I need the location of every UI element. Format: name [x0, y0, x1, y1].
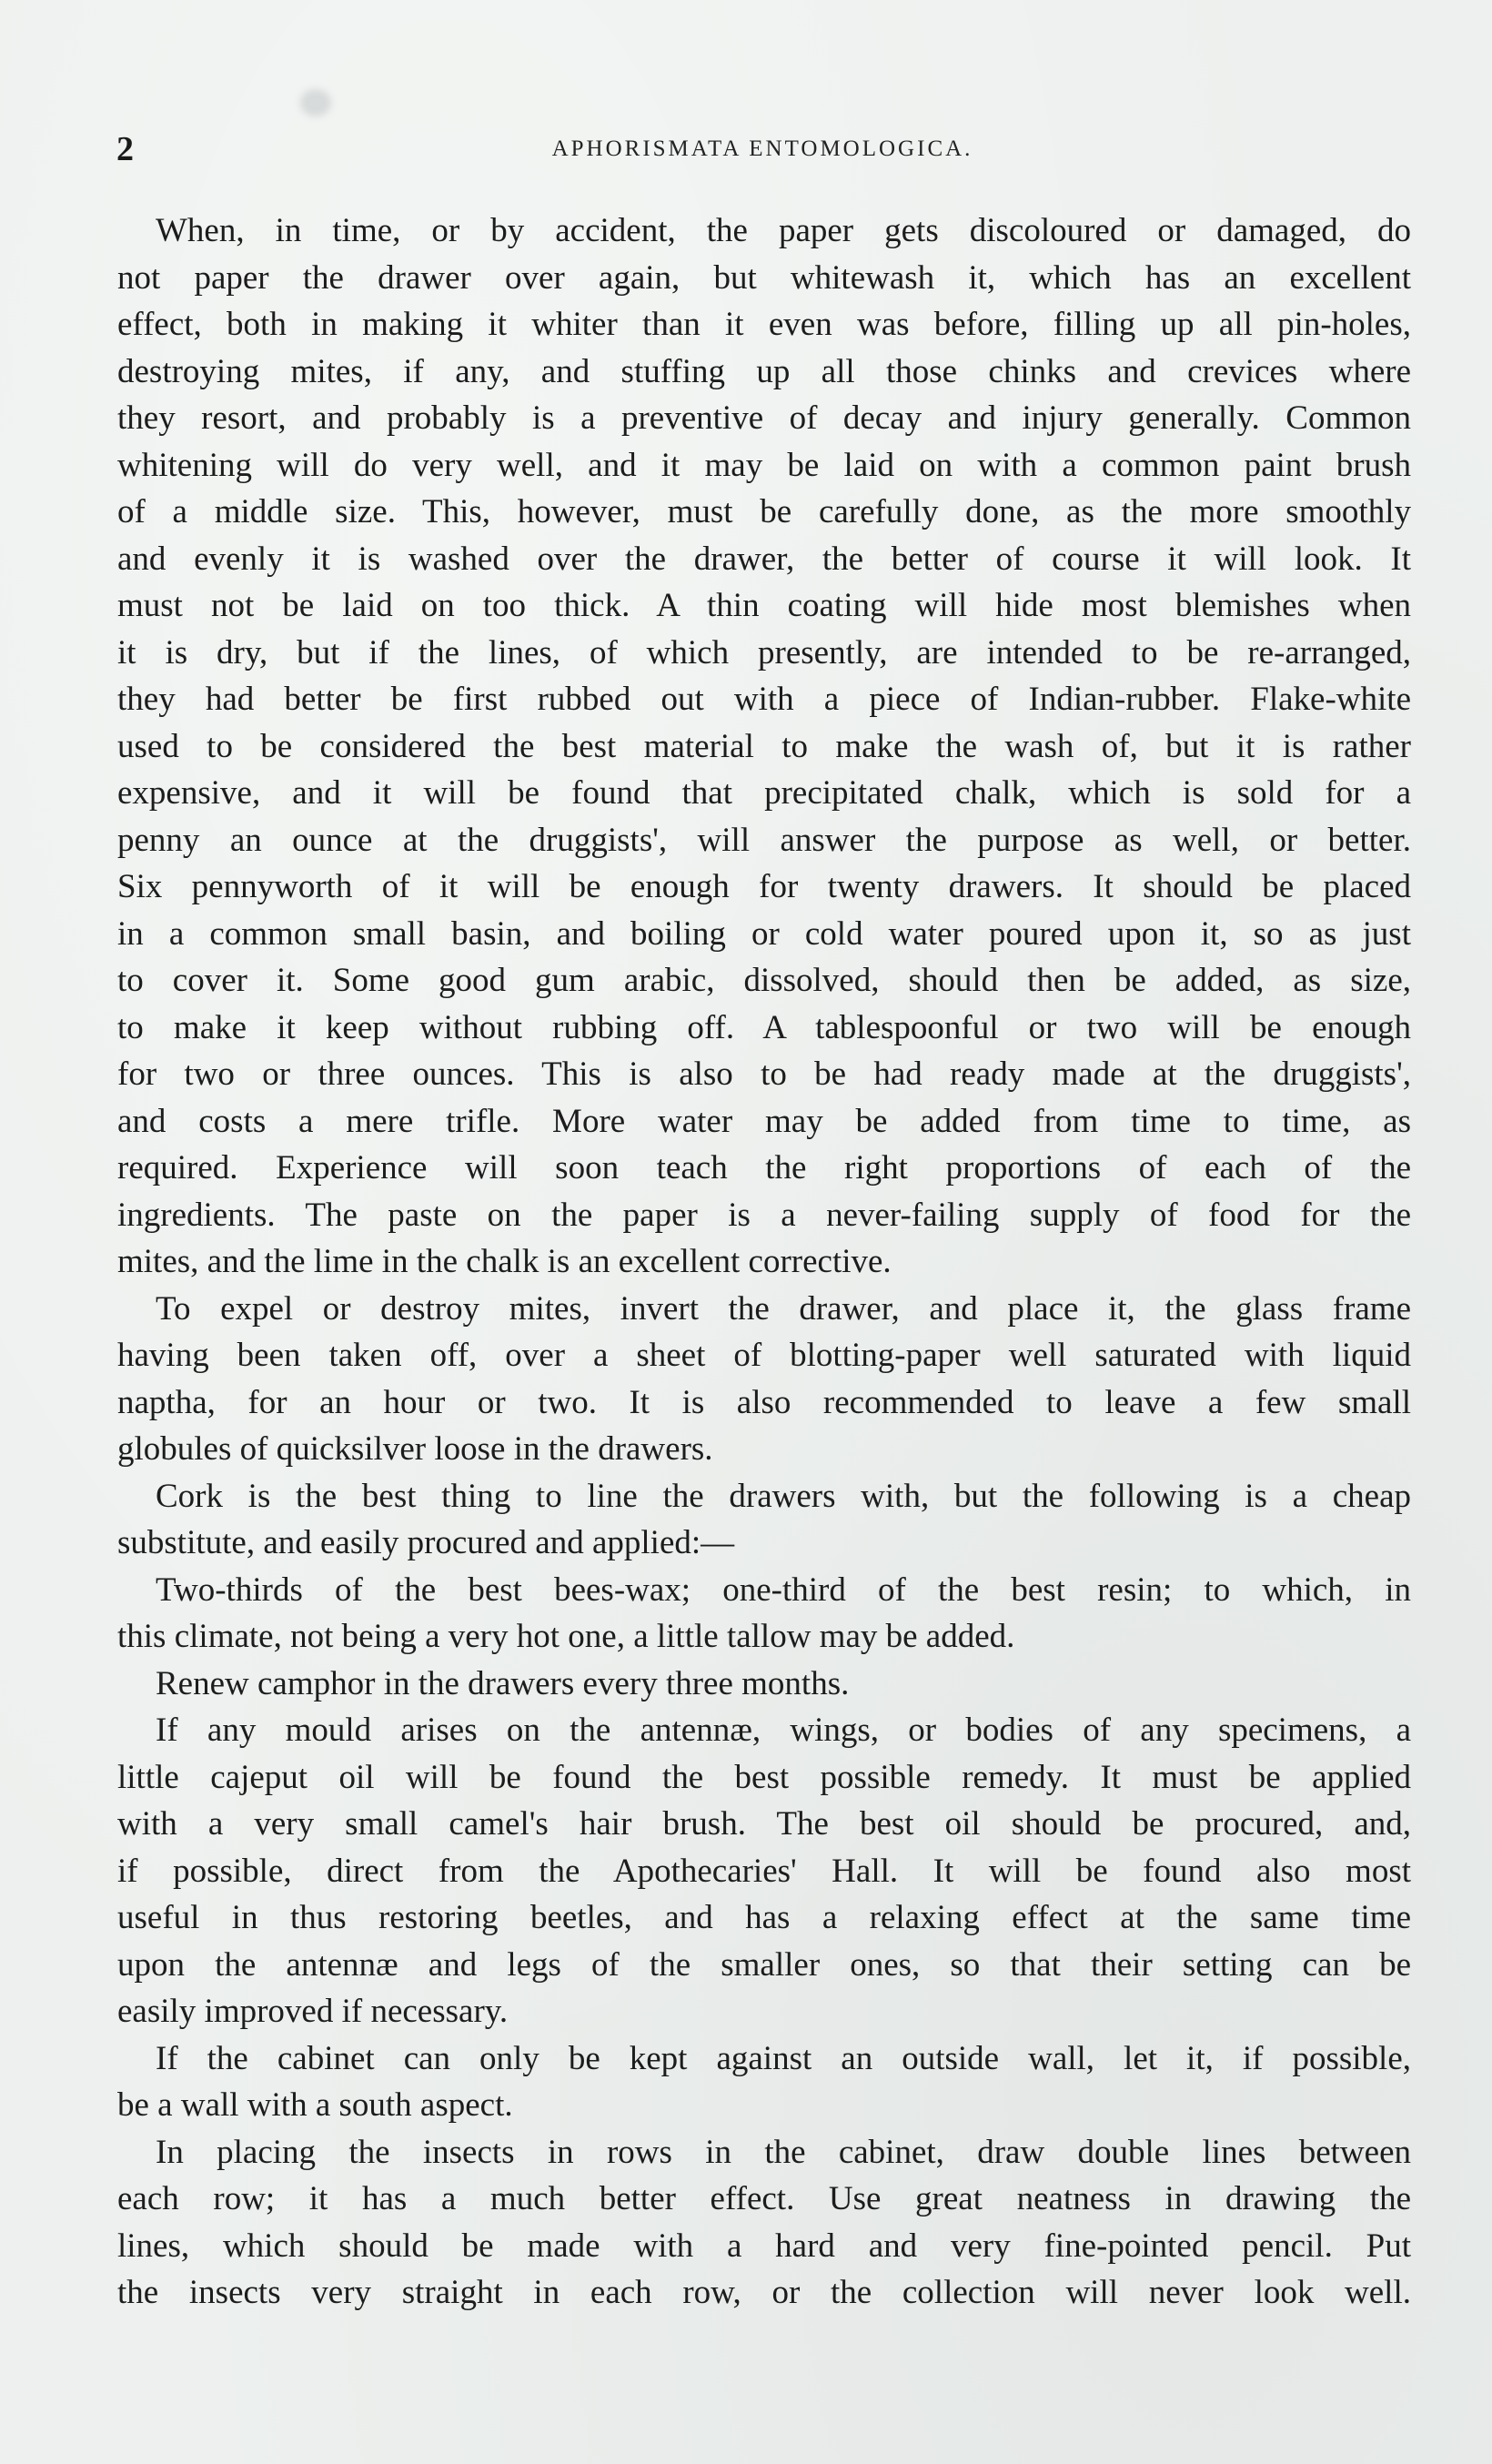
text-line: with a very small camel's hair brush. Th… — [117, 1801, 1411, 1848]
text-line: destroying mites, if any, and stuffing u… — [117, 348, 1411, 396]
text-line: for two or three ounces. This is also to… — [117, 1051, 1411, 1098]
text-line: this climate, not being a very hot one, … — [117, 1613, 1411, 1661]
text-line: whitening will do very well, and it may … — [117, 442, 1411, 490]
text-line: Six pennyworth of it will be enough for … — [117, 863, 1411, 911]
book-page: 2 APHORISMATA ENTOMOLOGICA. When, in tim… — [0, 0, 1492, 2464]
text-line: Cork is the best thing to line the drawe… — [117, 1473, 1411, 1520]
text-line: To expel or destroy mites, invert the dr… — [117, 1286, 1411, 1333]
text-line: required. Experience will soon teach the… — [117, 1145, 1411, 1192]
text-line: When, in time, or by accident, the paper… — [117, 207, 1411, 255]
text-line: not paper the drawer over again, but whi… — [117, 255, 1411, 302]
text-line: naptha, for an hour or two. It is also r… — [117, 1379, 1411, 1427]
text-line: If any mould arises on the antennæ, wing… — [117, 1707, 1411, 1754]
text-line: if possible, direct from the Apothecarie… — [117, 1848, 1411, 1895]
text-line: to cover it. Some good gum arabic, disso… — [117, 957, 1411, 1005]
text-line: having been taken off, over a sheet of b… — [117, 1332, 1411, 1379]
text-line: it is dry, but if the lines, of which pr… — [117, 630, 1411, 677]
text-line: effect, both in making it whiter than it… — [117, 301, 1411, 348]
text-line: in a common small basin, and boiling or … — [117, 911, 1411, 958]
text-line: mites, and the lime in the chalk is an e… — [117, 1238, 1411, 1286]
text-line: If the cabinet can only be kept against … — [117, 2035, 1411, 2083]
text-line: of a middle size. This, however, must be… — [117, 489, 1411, 536]
body-text: When, in time, or by accident, the paper… — [117, 207, 1411, 2317]
text-line: the insects very straight in each row, o… — [117, 2269, 1411, 2317]
text-line: expensive, and it will be found that pre… — [117, 770, 1411, 817]
text-line: be a wall with a south aspect. — [117, 2082, 1411, 2129]
text-line: lines, which should be made with a hard … — [117, 2223, 1411, 2270]
text-line: Renew camphor in the drawers every three… — [117, 1661, 1411, 1708]
text-line: useful in thus restoring beetles, and ha… — [117, 1894, 1411, 1942]
paper-stain — [300, 89, 331, 116]
text-line: easily improved if necessary. — [117, 1988, 1411, 2035]
text-line: globules of quicksilver loose in the dra… — [117, 1426, 1411, 1473]
text-line: used to be considered the best material … — [117, 723, 1411, 771]
text-line: to make it keep without rubbing off. A t… — [117, 1005, 1411, 1052]
text-line: and evenly it is washed over the drawer,… — [117, 536, 1411, 583]
text-line: they had better be first rubbed out with… — [117, 676, 1411, 723]
text-line: and costs a mere trifle. More water may … — [117, 1098, 1411, 1146]
text-line: penny an ounce at the druggists', will a… — [117, 817, 1411, 864]
running-head: APHORISMATA ENTOMOLOGICA. — [0, 133, 1492, 166]
text-line: In placing the insects in rows in the ca… — [117, 2129, 1411, 2176]
text-line: substitute, and easily procured and appl… — [117, 1520, 1411, 1567]
text-line: must not be laid on too thick. A thin co… — [117, 582, 1411, 630]
text-line: they resort, and probably is a preventiv… — [117, 395, 1411, 442]
text-line: each row; it has a much better effect. U… — [117, 2176, 1411, 2223]
text-line: upon the antennæ and legs of the smaller… — [117, 1942, 1411, 1989]
text-line: Two-thirds of the best bees-wax; one-thi… — [117, 1567, 1411, 1614]
text-line: little cajeput oil will be found the bes… — [117, 1754, 1411, 1802]
text-line: ingredients. The paste on the paper is a… — [117, 1192, 1411, 1239]
